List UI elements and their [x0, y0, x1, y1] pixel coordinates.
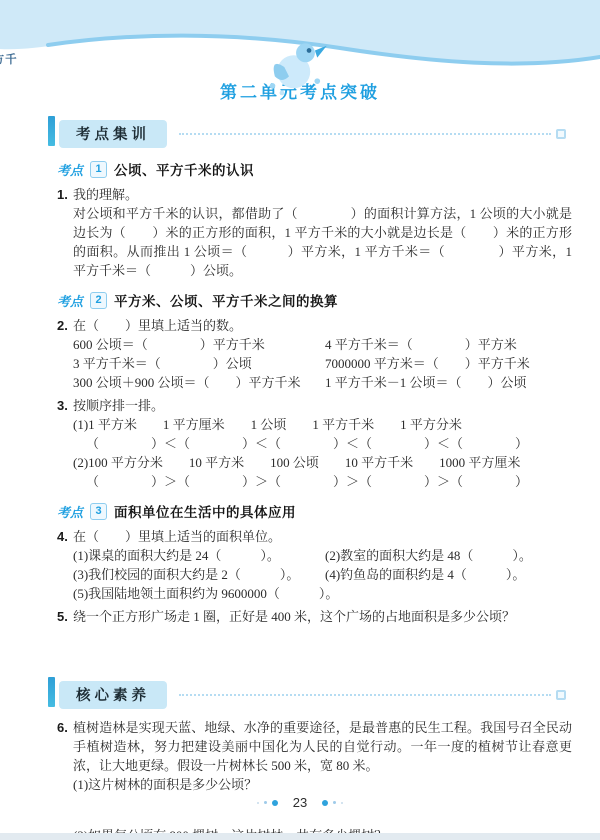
kaodian-label: 考点: [57, 502, 83, 521]
question-1: 1. 我的理解。 对公顷和平方千米的认识，都借助了（ ）的面积计算方法，1 公顷…: [57, 185, 572, 280]
unit-title: 公顷和平方千米: [0, 51, 21, 83]
unit-fill-line-5: (5)我国陆地领土面积约为 9600000（ ）。: [73, 584, 572, 603]
conversion-row: 3 平方千米＝（ ）公顷 7000000 平方米＝（ ）平方千米: [73, 354, 572, 373]
conversion-row: 600 公顷＝（ ）平方千米 4 平方千米＝（ ）平方米: [73, 335, 572, 354]
topic-2-title: 平方米、公顷、平方千米之间的换算: [114, 290, 338, 310]
question-5-text: 绕一个正方形广场走 1 圈，正好是 400 米，这个广场的占地面积是多少公顷？: [73, 607, 572, 626]
square-outline-icon: [556, 690, 566, 700]
topic-1-heading: 考点 1 公顷、平方千米的认识: [57, 159, 570, 179]
unit-chip: 2 公顷和平方千米: [0, 34, 564, 100]
conversion-cell: 7000000 平方米＝（ ）平方千米: [325, 354, 572, 373]
topic-2-heading: 考点 2 平方米、公顷、平方千米之间的换算: [57, 290, 570, 310]
question-1-number: 1.: [57, 185, 73, 280]
conversion-cell: 4 平方千米＝（ ）平方米: [325, 335, 572, 354]
topic-3-heading: 考点 3 面积单位在生活中的具体应用: [57, 501, 570, 521]
conversion-cell: 600 公顷＝（ ）平方千米: [73, 335, 321, 354]
conversion-cell: 1 平方千米－1 公顷＝（ ）公顷: [325, 373, 572, 392]
question-2: 2. 在（ ）里填上适当的数。 600 公顷＝（ ）平方千米 4 平方千米＝（ …: [57, 316, 572, 392]
footer-dot-icon: [257, 802, 259, 804]
bottom-edge-strip: [0, 833, 600, 840]
section-bracket: [48, 677, 55, 707]
question-6: 6. 植树造林是实现天蓝、地绿、水净的重要途径，是最普惠的民生工程。我国号召全民…: [57, 718, 572, 840]
question-6-body: 植树造林是实现天蓝、地绿、水净的重要途径，是最普惠的民生工程。我国号召全民动手植…: [73, 718, 572, 775]
kaodian-label: 考点: [57, 160, 83, 179]
footer-dot-icon: [341, 802, 343, 804]
section-bracket: [48, 116, 55, 146]
topic-3-number: 3: [90, 503, 107, 520]
question-3-items-1: (1)1 平方米 1 平方厘米 1 公顷 1 平方千米 1 平方分米: [73, 415, 572, 434]
section-title-jixun: 考点集训: [59, 120, 167, 148]
footer-dot-icon: [333, 801, 336, 804]
header-wave-band: 2 公顷和平方千米: [0, 0, 600, 66]
question-3-number: 3.: [57, 396, 73, 491]
section-header-suyang: 核心素养: [48, 680, 566, 710]
topic-1-number: 1: [90, 161, 107, 178]
topic-1-title: 公顷、平方千米的认识: [114, 159, 254, 179]
question-3-items-2: (2)100 平方分米 10 平方米 100 公顷 10 平方千米 1000 平…: [73, 453, 572, 472]
unit-fill-cell: (1)课桌的面积大约是 24（ ）。: [73, 546, 321, 565]
page-number: 23: [293, 795, 307, 810]
unit-fill-cell: (3)我们校园的面积大约是 2（ ）。: [73, 565, 321, 584]
page-footer: 23: [0, 795, 600, 810]
answer-space: [0, 630, 600, 664]
unit-fill-row: (3)我们校园的面积大约是 2（ ）。 (4)钓鱼岛的面积约是 4（ ）。: [73, 565, 572, 584]
unit-fill-cell: (4)钓鱼岛的面积约是 4（ ）。: [325, 565, 572, 584]
unit-fill-cell: (2)教室的面积大约是 48（ ）。: [325, 546, 572, 565]
footer-dot-icon: [264, 801, 267, 804]
unit-fill-row: (1)课桌的面积大约是 24（ ）。 (2)教室的面积大约是 48（ ）。: [73, 546, 572, 565]
kaodian-label: 考点: [57, 291, 83, 310]
question-4-intro: 在（ ）里填上适当的面积单位。: [73, 527, 572, 546]
question-3: 3. 按顺序排一排。 (1)1 平方米 1 平方厘米 1 公顷 1 平方千米 1…: [57, 396, 572, 491]
conversion-cell: 300 公顷＋900 公顷＝（ ）平方千米: [73, 373, 321, 392]
conversion-row: 300 公顷＋900 公顷＝（ ）平方千米 1 平方千米－1 公顷＝（ ）公顷: [73, 373, 572, 392]
mascot-bird-icon: [28, 34, 564, 100]
square-outline-icon: [556, 129, 566, 139]
question-1-body: 对公顷和平方千米的认识，都借助了（ ）的面积计算方法，1 公顷的大小就是边长为（…: [73, 204, 572, 280]
workbook-page: 2 公顷和平方千米 第二单元考点突破 考点集训 考点 1 公顷、平方千米的认识: [0, 0, 600, 840]
dotted-rule: [179, 133, 551, 135]
question-4-number: 4.: [57, 527, 73, 603]
topic-2-number: 2: [90, 292, 107, 309]
question-2-number: 2.: [57, 316, 73, 392]
question-6-number: 6.: [57, 718, 73, 840]
question-5: 5. 绕一个正方形广场走 1 圈，正好是 400 米，这个广场的占地面积是多少公…: [57, 607, 572, 626]
question-6-sub1: (1)这片树林的面积是多少公顷？: [73, 775, 572, 794]
section-title-suyang: 核心素养: [59, 681, 167, 709]
conversion-cell: 3 平方千米＝（ ）公顷: [73, 354, 321, 373]
question-4: 4. 在（ ）里填上适当的面积单位。 (1)课桌的面积大约是 24（ ）。 (2…: [57, 527, 572, 603]
question-2-intro: 在（ ）里填上适当的数。: [73, 316, 572, 335]
question-1-intro: 我的理解。: [73, 185, 572, 204]
topic-3-title: 面积单位在生活中的具体应用: [114, 501, 296, 521]
footer-dot-icon: [272, 800, 278, 806]
dotted-rule: [179, 694, 551, 696]
footer-dot-icon: [322, 800, 328, 806]
question-5-number: 5.: [57, 607, 73, 626]
question-3-compare-2: （ ）＞（ ）＞（ ）＞（ ）＞（ ）: [73, 472, 572, 491]
section-header-jixun: 考点集训: [48, 119, 566, 149]
question-3-compare-1: （ ）＜（ ）＜（ ）＜（ ）＜（ ）: [73, 434, 572, 453]
question-3-intro: 按顺序排一排。: [73, 396, 572, 415]
